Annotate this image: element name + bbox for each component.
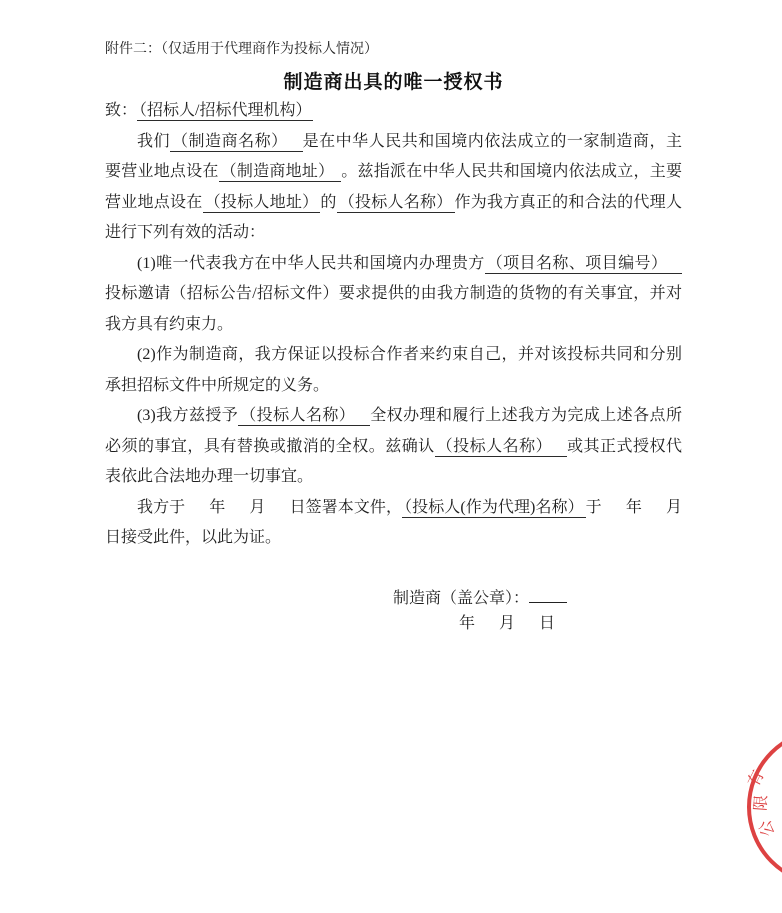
- seal-char-3: 公: [758, 818, 778, 838]
- blank-bidder-name-1: （投标人名称）: [238, 407, 370, 426]
- seal-label: 制造商（盖公章）：: [393, 590, 529, 607]
- blank-bidder-address: （投标人地址）: [203, 194, 321, 213]
- intro-lead: 我们: [137, 133, 170, 150]
- item1-lead: (1)唯一代表我方在中华人民共和国境内办理贵方: [137, 255, 485, 272]
- blank-agent-name: （投标人(作为代理)名称）: [402, 499, 586, 518]
- closing-lead: 我方于 年 月 日签署本文件，: [137, 499, 402, 516]
- document-title: 制造商出具的唯一授权书: [105, 70, 682, 96]
- seal-line: 制造商（盖公章）：: [105, 586, 567, 611]
- attachment-note: 附件二：（仅适用于代理商作为投标人情况）: [105, 41, 682, 59]
- company-seal-stamp: 有 限 公: [747, 728, 782, 886]
- item2-text: (2)作为制造商，我方保证以投标合作者来约束自己，并对该投标共同和分别承担招标文…: [105, 346, 682, 394]
- paragraph-closing: 我方于 年 月 日签署本文件，（投标人(作为代理)名称）于 年 月 日接受此件，…: [105, 493, 682, 554]
- seal-char-2: 限: [753, 794, 770, 811]
- date-line-text: 年 月 日: [459, 615, 555, 632]
- paragraph-item2: (2)作为制造商，我方保证以投标合作者来约束自己，并对该投标共同和分别承担招标文…: [105, 340, 682, 401]
- paragraph-item1: (1)唯一代表我方在中华人民共和国境内办理贵方（项目名称、项目编号）投标邀请（招…: [105, 249, 682, 341]
- blank-project-name-number: （项目名称、项目编号）: [485, 255, 682, 274]
- date-line: 年 月 日: [105, 611, 567, 636]
- addressee-line: 致：（招标人/招标代理机构）: [105, 96, 682, 127]
- item3-lead: (3)我方兹授予: [137, 407, 238, 424]
- addressee-blank: （招标人/招标代理机构）: [137, 102, 313, 121]
- signature-block: 制造商（盖公章）： 年 月 日: [105, 586, 682, 636]
- document-content: 附件二：（仅适用于代理商作为投标人情况） 制造商出具的唯一授权书 致：（招标人/…: [0, 0, 782, 636]
- blank-bidder-name-2: （投标人名称）: [435, 438, 567, 457]
- blank-bidder-name: （投标人名称）: [337, 194, 455, 213]
- addressee-prefix: 致：: [105, 102, 137, 119]
- paragraph-intro: 我们（制造商名称）是在中华人民共和国境内依法成立的一家制造商，主要营业地点设在（…: [105, 127, 682, 249]
- paragraph-item3: (3)我方兹授予（投标人名称）全权办理和履行上述我方为完成上述各点所必须的事宜，…: [105, 401, 682, 493]
- seal-char-1: 有: [746, 768, 768, 790]
- seal-blank-line: [529, 589, 567, 603]
- document-page: 附件二：（仅适用于代理商作为投标人情况） 制造商出具的唯一授权书 致：（招标人/…: [0, 0, 782, 913]
- intro-text-3: 的: [320, 194, 336, 211]
- blank-manufacturer-name: （制造商名称）: [170, 133, 303, 152]
- blank-manufacturer-address: （制造商地址）: [219, 163, 342, 182]
- item1-tail: 投标邀请（招标公告/招标文件）要求提供的由我方制造的货物的有关事宜，并对我方具有…: [105, 285, 682, 333]
